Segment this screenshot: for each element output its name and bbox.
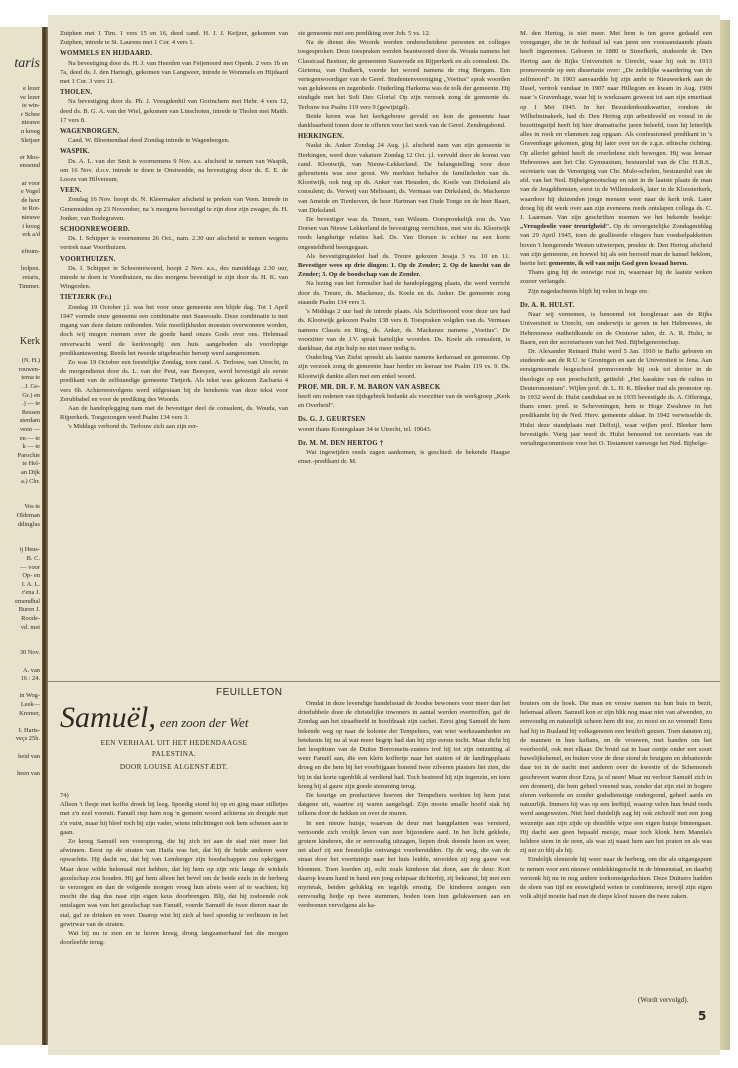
previous-page-heading: Kerk (0, 335, 40, 349)
paragraph: Beide keren was het kerkgebouw gevuld en… (298, 112, 510, 130)
paragraph: Zutphen met 1 Tim. 1 vers 15 en 16, deed… (60, 29, 288, 47)
previous-page-line: n kreeg (0, 128, 40, 137)
previous-page-line: I. A. L. (0, 581, 40, 590)
previous-page-edge: tarise lezerve lezerte win-r Scheenieuwe… (0, 27, 42, 1045)
previous-page-line: de heer (0, 197, 40, 206)
heading-wagenborgen: WAGENBORGEN. (60, 127, 288, 136)
previous-page-line: Kremer, (0, 710, 40, 719)
previous-page-line: vd. met (0, 624, 40, 633)
previous-page-line: ij Heus- (0, 546, 40, 555)
heading-geurtsen: Ds. G. J. GEURTSEN (298, 415, 510, 424)
previous-page-line: e Vogel (0, 188, 40, 197)
heading-herkingen: HERKINGEN. (298, 132, 510, 141)
previous-page-line: Buren J. (0, 606, 40, 615)
paragraph: De bevestiger was ds. Treure, van Wilsum… (298, 215, 510, 252)
serial-subtitle: EEN VERHAAL UIT HET HEDENDAAGSE (60, 739, 288, 747)
emphasis: gemeente, ik wil van mijn God geen kwaad… (549, 260, 688, 267)
previous-page-line: ve lezer (0, 94, 40, 103)
previous-page-line: . J. Ge- (0, 383, 40, 392)
previous-page-line: Vos te (0, 503, 40, 512)
previous-page-line: Gr.) en (0, 392, 40, 401)
page-number: 5 (698, 1009, 706, 1023)
heading-veen: VEEN. (60, 186, 288, 195)
paragraph: Ds. A. L. van der Smit is voornemens 9 N… (60, 157, 288, 185)
previous-page-line: r Schee (0, 111, 40, 120)
previous-page-line (0, 718, 40, 727)
previous-page-line: holpen. (0, 265, 40, 274)
paragraph: Alleen 't flesje met koffie dronk hij le… (60, 800, 288, 837)
previous-page-line: efnum- (0, 248, 40, 257)
paragraph: Nadat ds. Anker Zondag 24 Aug. j.l. afsc… (298, 141, 510, 215)
previous-page-line: emendhal (0, 598, 40, 607)
paragraph: De keurige en productieve hoeven der Tem… (298, 791, 510, 819)
previous-page-line (0, 495, 40, 504)
heading-voorthuizen: VOORTHUIZEN. (60, 255, 288, 264)
previous-page-line (0, 761, 40, 770)
previous-page-line (0, 641, 40, 650)
section-divider (48, 681, 720, 682)
to-be-continued: (Wordt vervolgd). (638, 996, 688, 1004)
previous-page-line (0, 145, 40, 154)
previous-page-line: te Rot- (0, 205, 40, 214)
previous-page-line: er Mos- (0, 154, 40, 163)
paragraph: 's Middags 2 uur had de intrede plaats. … (298, 307, 510, 353)
previous-page-text: tarise lezerve lezerte win-r Scheenieuwe… (0, 27, 40, 778)
paragraph: Na bevestiging door ds. H. J. van Heerde… (60, 59, 288, 87)
serial-title-sub: een zoon der Wet (160, 715, 249, 730)
paragraph: ste gemeente met een prediking over Joh.… (298, 29, 510, 38)
column-2: ste gemeente met een prediking over Joh.… (298, 29, 510, 466)
previous-page-line: k — te (0, 443, 40, 452)
previous-page-line: ddinglus (0, 521, 40, 530)
previous-page-line: te win- (0, 102, 40, 111)
previous-page-line: Roode- (0, 615, 40, 624)
previous-page-line: t kreeg (0, 223, 40, 232)
paragraph: Ds. I. Schipper te Schoonrewoerd, hoopt … (60, 264, 288, 292)
newspaper-page: Zutphen met 1 Tim. 1 vers 15 en 16, deed… (48, 15, 720, 1055)
previous-page-line (0, 257, 40, 266)
text-run: Als bevestigingstekst had ds. Treure gek… (306, 253, 510, 260)
previous-page-line: Timmer. (0, 283, 40, 292)
paragraph: Wat ingewijden reeds zagen aankomen, is … (298, 448, 510, 466)
serial-author: DOOR LOUISE ALGENSTÆDT. (60, 763, 288, 771)
previous-page-line: veçs 25h. (0, 735, 40, 744)
paragraph: Ds. I. Schipper is voornemens 26 Oct., n… (60, 234, 288, 252)
previous-page-line: .) — te (0, 400, 40, 409)
previous-page-line (0, 529, 40, 538)
heading-wommels: WOMMELS EN HIJDAARD. (60, 49, 288, 58)
serial-column-3: bouters om de hoek. Die man en vrouw nam… (520, 699, 712, 901)
heading-schoonrewoerd: SCHOONREWOERD. (60, 225, 288, 234)
previous-page-line: Oldeman (0, 512, 40, 521)
previous-page-line: an Dijk (0, 469, 40, 478)
paragraph: Thans ging hij de eeuwige rust in, waarn… (520, 268, 712, 286)
previous-page-line (0, 684, 40, 693)
previous-page-line: ar voor (0, 180, 40, 189)
episode-number: 74) (60, 791, 288, 800)
previous-page-line: heid van (0, 753, 40, 762)
previous-page-line: — voor (0, 564, 40, 573)
paragraph: Naar wij vernemen, is benoemd tot hoogle… (520, 310, 712, 347)
previous-page-line: te Hel- (0, 460, 40, 469)
paragraph: bouters om de hoek. Die man en vrouw nam… (520, 699, 712, 855)
previous-page-line: Sleijser (0, 137, 40, 146)
column-3: M. den Hertog, is niet meer. Met hem is … (520, 29, 712, 448)
paragraph: Als bevestigingstekst had ds. Treure gek… (298, 252, 510, 280)
paragraph: Zo kreeg Samuël een voorsprong, die hij … (60, 837, 288, 929)
previous-page-line: a.) Chr. (0, 478, 40, 487)
heading-tietjerk: TIETJERK (Fr.) (60, 293, 288, 302)
previous-page-line (0, 632, 40, 641)
previous-page-line: retaris, (0, 274, 40, 283)
previous-page-line: Op- en (0, 572, 40, 581)
heading-tholen: THOLEN. (60, 88, 288, 97)
previous-page-line (0, 171, 40, 180)
paragraph: Omdat in deze levendige handelsstad de J… (298, 699, 510, 791)
previous-page-line: rouwen- (0, 366, 40, 375)
paragraph: Zijn nagedachtenis blijft bij velen in h… (520, 287, 712, 296)
paragraph: 's Middags verbond ds. Terlouw zich aan … (60, 422, 288, 431)
text-run: M. den Hertog, is niet meer. Met hem is … (520, 30, 712, 221)
paragraph: Dr. Alexander Reinard Hulst werd 5 Jan. … (520, 347, 712, 448)
serial-column-1: 74) Alleen 't flesje met koffie dronk hi… (60, 791, 288, 947)
emphasis: „Vreugdeolie voor treurigheid". (520, 223, 611, 230)
previous-page-line: 16 : 24. (0, 675, 40, 684)
previous-page-line (0, 658, 40, 667)
paragraph: Eindelijk slenterde hij weer naar de her… (520, 855, 712, 901)
previous-page-line: nieuwe (0, 214, 40, 223)
previous-page-heading: taris (0, 55, 40, 73)
paragraph: woont thans Koningslaan 34 te Utrecht, t… (298, 425, 510, 434)
paragraph: Na bevestiging door ds. Ph. J. Vreugdenh… (60, 97, 288, 125)
previous-page-line: e lezer (0, 85, 40, 94)
serial-title: Samuël, een zoon der Wet (60, 701, 288, 735)
paragraph: Cand. W. Bloemendaal deed Zondag intrede… (60, 136, 288, 145)
paragraph: Zondag 16 Nov. hoopt ds. N. Kleermaker a… (60, 195, 288, 223)
previous-page-line: I. Harts- (0, 727, 40, 736)
previous-page-line: Leek— (0, 701, 40, 710)
heading-van-asbeck: PROF. MR. DR. F. M. BARON VAN ASBECK (298, 383, 510, 392)
previous-page-line: sterdam (0, 417, 40, 426)
column-1: Zutphen met 1 Tim. 1 vers 15 en 16, deed… (60, 29, 288, 432)
previous-page-line: (N. H.) (0, 357, 40, 366)
paragraph: In een nieuw huisje, waarvan de deur met… (298, 819, 510, 911)
heading-hulst: Dr. A. R. HULST. (520, 301, 712, 310)
paragraph: Na de dienst des Woords werden ondersche… (298, 38, 510, 112)
previous-page-line: 30 Nov. (0, 649, 40, 658)
emphasis: Bevestiger wees op drie dingen: 1. Op de… (298, 262, 510, 278)
previous-page-line: nieuwe (0, 119, 40, 128)
previous-page-line: veen — (0, 426, 40, 435)
previous-page-line: Ressen (0, 409, 40, 418)
previous-page-line: erk a/d (0, 231, 40, 240)
previous-page-line: en — te (0, 435, 40, 444)
serial-title-main: Samuël, (60, 701, 156, 734)
paragraph: Na lezing van het formulier had de hando… (298, 279, 510, 307)
previous-page-line: enoemd (0, 162, 40, 171)
previous-page-line: in Wog- (0, 692, 40, 701)
paragraph: Wat hij nu te zien en te horen kreeg, dr… (60, 929, 288, 947)
previous-page-line: B. C. (0, 555, 40, 564)
paragraph: Ouderling Van Zielst spreekt als laatste… (298, 353, 510, 381)
previous-page-line: heen van (0, 770, 40, 779)
serial-subtitle: PALESTINA. (60, 750, 288, 758)
previous-page-line: Parochie (0, 452, 40, 461)
page-edge (720, 20, 730, 1050)
previous-page-line: r'ena J. (0, 589, 40, 598)
previous-page-line (0, 538, 40, 547)
feuilleton-label: FEUILLETON (216, 687, 283, 698)
paragraph: heeft om redenen van tijdsgebrek bedankt… (298, 392, 510, 410)
previous-page-line (0, 240, 40, 249)
heading-waspik: WASPIK. (60, 147, 288, 156)
previous-page-line: A. van (0, 667, 40, 676)
previous-page-line: tema te (0, 374, 40, 383)
paragraph: Zo was 19 October een feestelijke Zondag… (60, 358, 288, 404)
heading-den-hertog: Dr. M. M. DEN HERTOG † (298, 439, 510, 448)
previous-page-line (0, 744, 40, 753)
serial-column-2: Omdat in deze levendige handelsstad de J… (298, 699, 510, 911)
previous-page-line (0, 486, 40, 495)
paragraph: Zondag 19 October j.l. was het voor onze… (60, 303, 288, 358)
paragraph: M. den Hertog, is niet meer. Met hem is … (520, 29, 712, 268)
paragraph: Aan de handoplegging nam met de bevestig… (60, 404, 288, 422)
